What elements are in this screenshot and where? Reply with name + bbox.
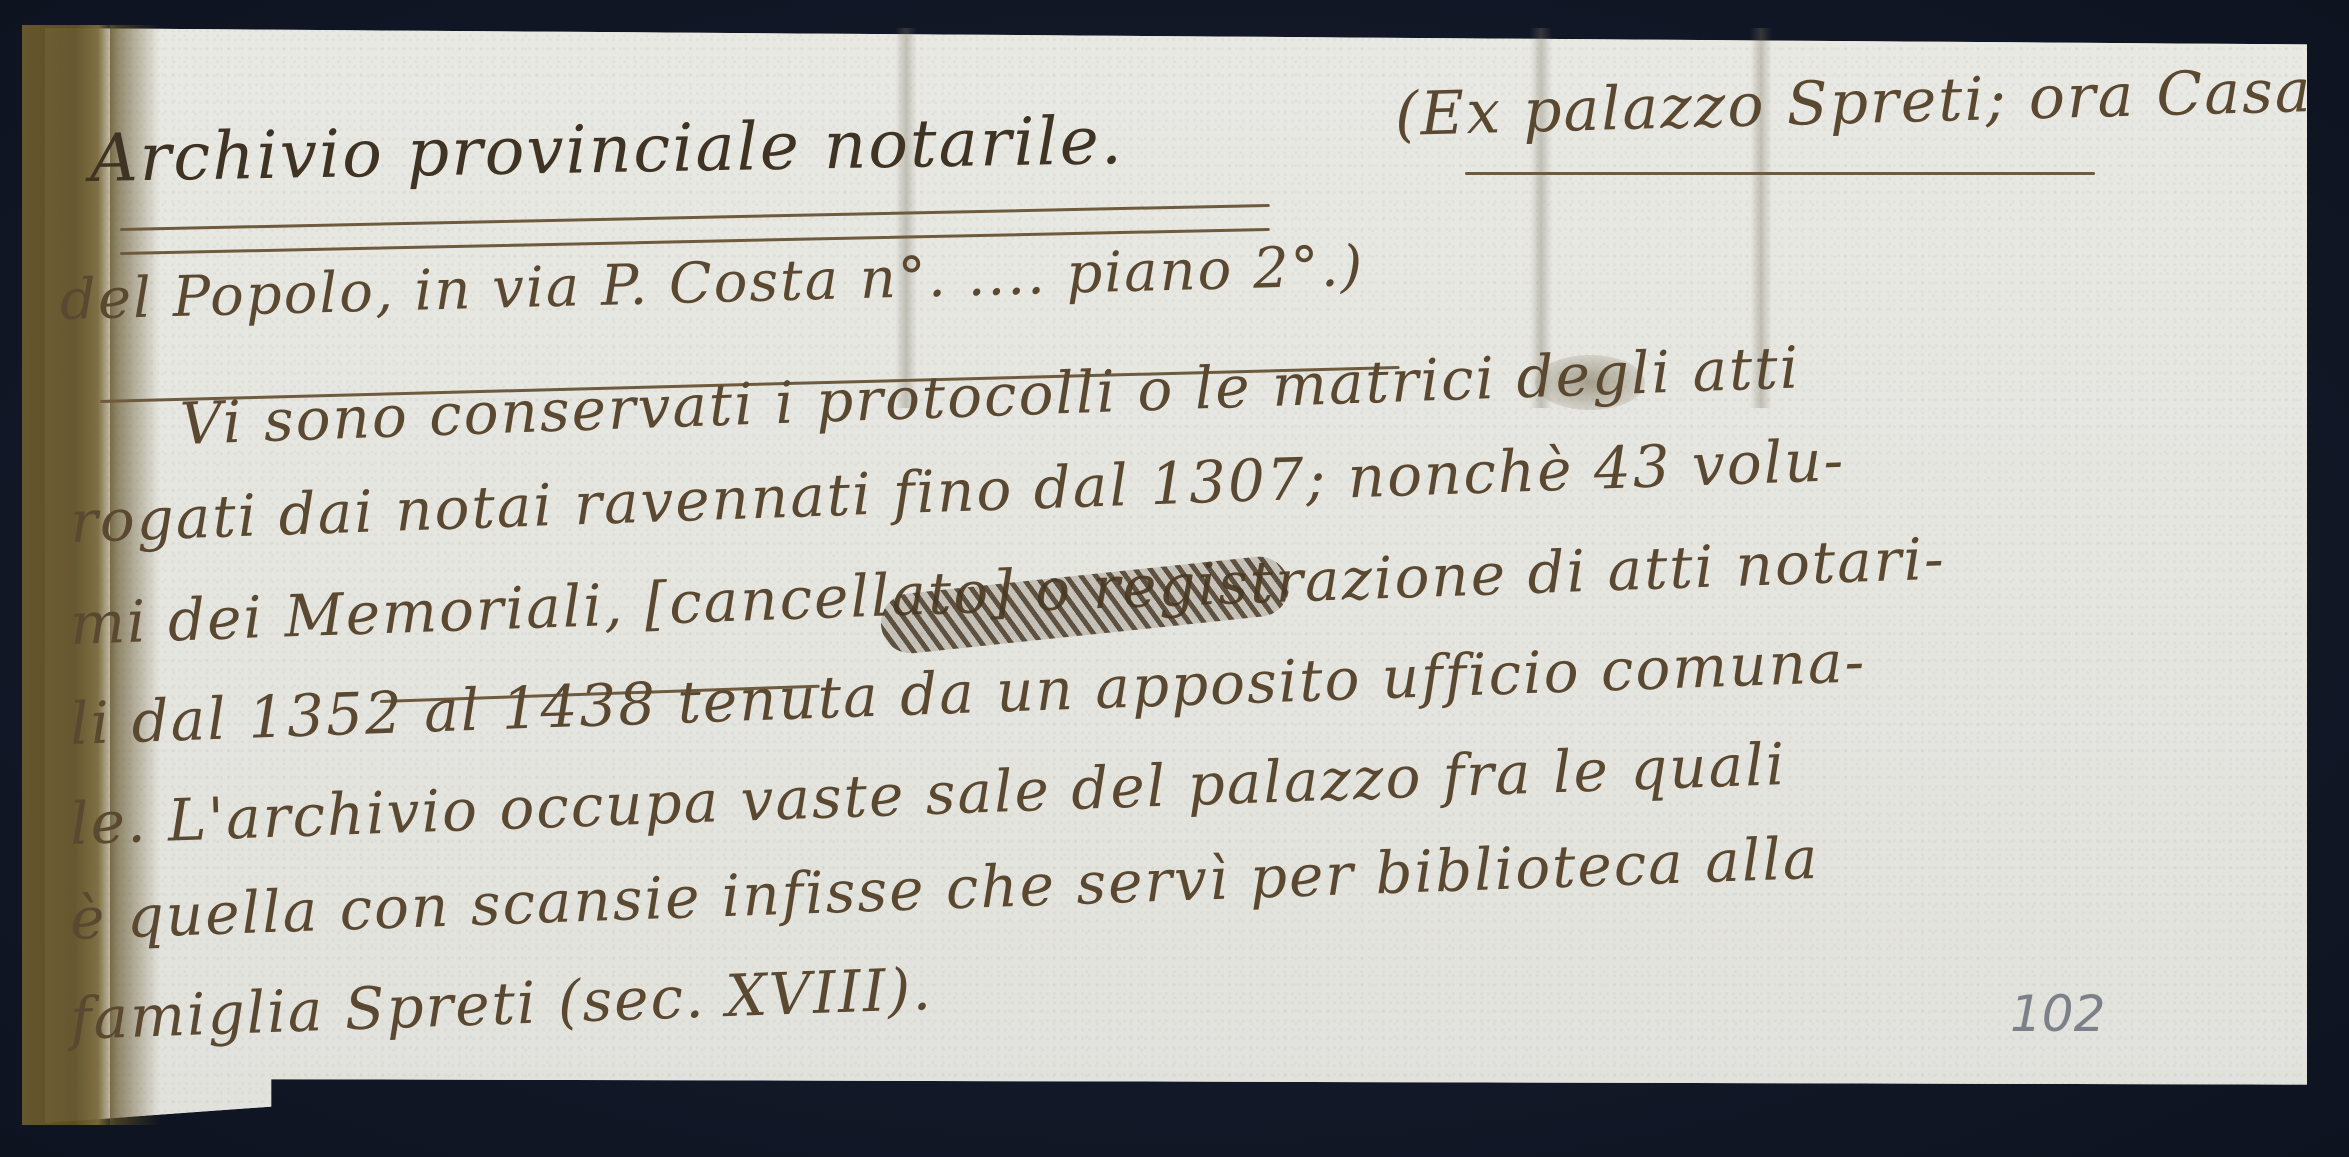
fold-crease — [895, 28, 917, 408]
pencil-page-number: 102 — [2010, 985, 2105, 1043]
paren-underline — [1465, 172, 2095, 175]
